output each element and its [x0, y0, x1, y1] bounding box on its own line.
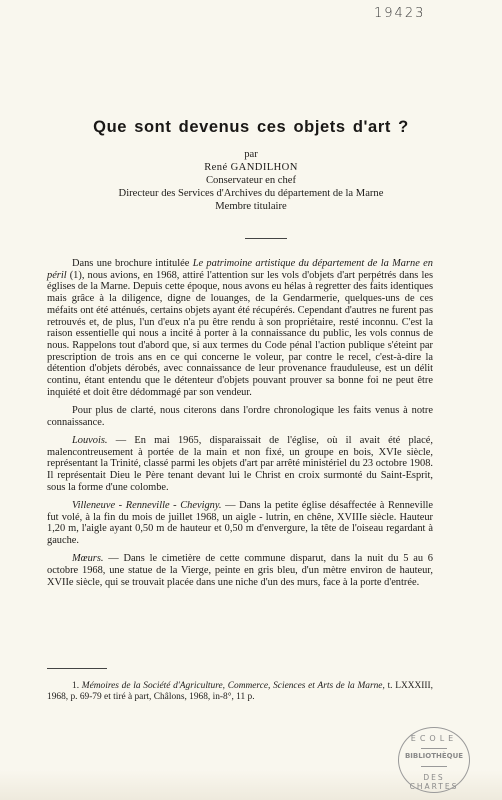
place-name: Louvois.	[72, 435, 108, 446]
stamp-bottom-text: DES CHARTES	[399, 773, 469, 791]
paragraph-intro: Dans une brochure intitulée Le patrimoin…	[47, 258, 433, 398]
byline-par: par	[0, 148, 502, 161]
author-name: René GANDILHON	[0, 161, 502, 174]
stamp-rule	[421, 748, 447, 749]
paragraph-text: — Dans le cimetière de cette commune dis…	[47, 553, 433, 587]
footnote-number: 1.	[72, 681, 82, 691]
paragraph-text: (1), nous avions, en 1968, attiré l'atte…	[47, 270, 433, 398]
footnote-separator	[47, 668, 107, 669]
handwritten-catalog-number: 19423	[374, 6, 425, 21]
author-role-2: Directeur des Services d'Archives du dép…	[0, 187, 502, 200]
byline: par René GANDILHON Conservateur en chef …	[0, 148, 502, 213]
place-name: Mœurs.	[72, 553, 103, 564]
paragraph-moeurs: Mœurs. — Dans le cimetière de cette comm…	[47, 553, 433, 588]
paragraph-text: Dans une brochure intitulée	[72, 258, 193, 269]
paragraph-villeneuve: Villeneuve - Renneville - Chevigny. — Da…	[47, 500, 433, 547]
author-role-1: Conservateur en chef	[0, 174, 502, 187]
article-title: Que sont devenus ces objets d'art ?	[0, 118, 502, 137]
library-stamp: ECOLE BIBLIOTHÈQUE DES CHARTES	[398, 727, 470, 793]
paragraph-chronology: Pour plus de clarté, nous citerons dans …	[47, 405, 433, 428]
stamp-rule	[421, 766, 447, 767]
footnote: 1. Mémoires de la Société d'Agriculture,…	[47, 681, 433, 702]
footnote-1: 1. Mémoires de la Société d'Agriculture,…	[47, 681, 433, 702]
stamp-middle-text: BIBLIOTHÈQUE	[399, 752, 469, 760]
paragraph-louvois: Louvois. — En mai 1965, disparaissait de…	[47, 435, 433, 494]
place-name: Villeneuve - Renneville - Chevigny.	[72, 500, 222, 511]
footnote-source-title: Mémoires de la Société d'Agriculture, Co…	[82, 681, 383, 691]
title-separator	[245, 238, 287, 239]
article-body: Dans une brochure intitulée Le patrimoin…	[47, 258, 433, 595]
stamp-top-text: ECOLE	[399, 734, 469, 743]
author-role-3: Membre titulaire	[0, 200, 502, 213]
